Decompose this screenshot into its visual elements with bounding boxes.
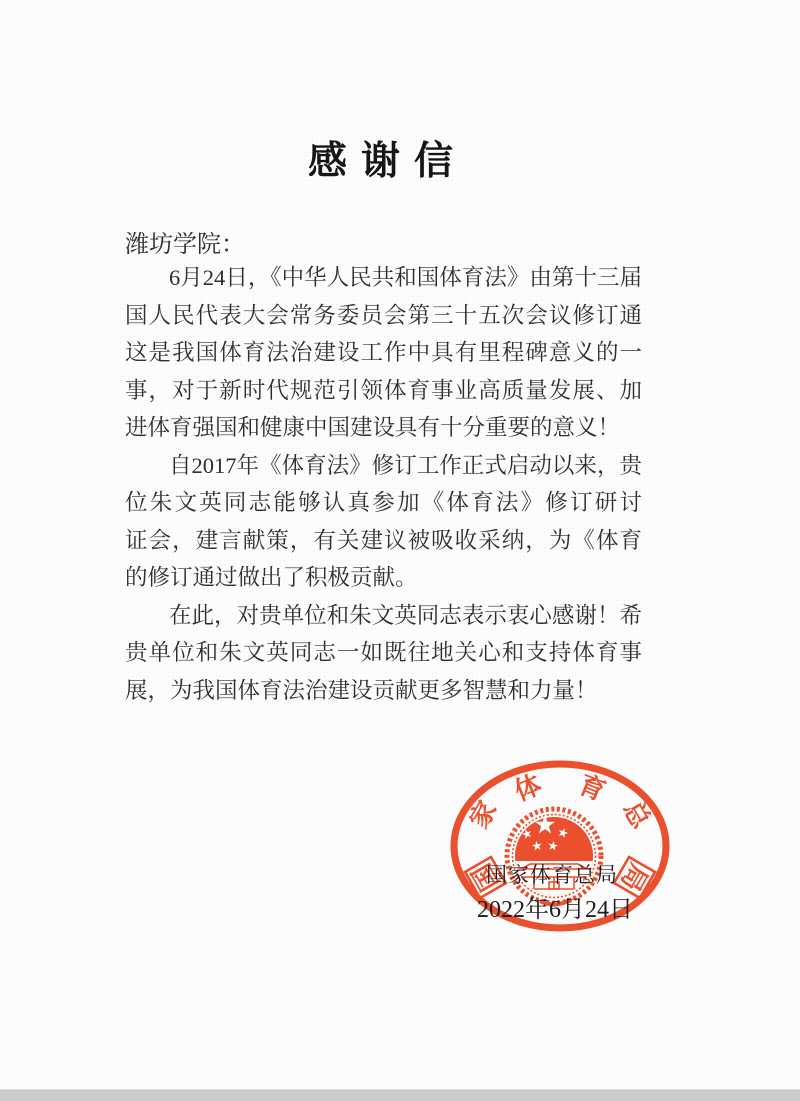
letter-line: 贵单位和朱文英同志一如既往地关心和支持体育事业发: [125, 634, 642, 672]
salutation: 潍坊学院：: [125, 224, 245, 259]
letter-line: 进体育强国和健康中国建设具有十分重要的意义！: [125, 409, 642, 447]
letter-line: 证会，建言献策，有关建议被吸收采纳，为《体育法》: [125, 522, 642, 560]
letter-title: 感谢信: [308, 130, 467, 186]
letter-line: 这是我国体育法治建设工作中具有里程碑意义的一件大: [125, 334, 642, 372]
letter-line: 的修订通过做出了积极贡献。: [125, 559, 642, 597]
signature-org: 国家体育总局: [486, 859, 618, 889]
letter-line: 事，对于新时代规范引领体育事业高质量发展、加快推: [125, 372, 642, 410]
letter-line: 展，为我国体育法治建设贡献更多智慧和力量！: [125, 672, 642, 710]
letter-line: 位朱文英同志能够认真参加《体育法》修订研讨会、论: [125, 484, 642, 522]
letter-line: 国人民代表大会常务委员会第三十五次会议修订通过。: [125, 297, 642, 335]
scan-edge-bar: [0, 1089, 800, 1101]
letter-line: 在此，对贵单位和朱文英同志表示衷心感谢！希望: [125, 597, 642, 635]
signature-date: 2022年6月24日: [477, 889, 633, 924]
seal-char: 体: [510, 770, 545, 808]
letter-page: 感谢信 潍坊学院： 6月24日，《中华人民共和国体育法》由第十三届全 国人民代表…: [0, 0, 800, 1101]
letter-line: 6月24日，《中华人民共和国体育法》由第十三届全: [125, 259, 642, 297]
letter-line: 自2017年《体育法》修订工作正式启动以来，贵单: [125, 447, 642, 485]
letter-body: 6月24日，《中华人民共和国体育法》由第十三届全 国人民代表大会常务委员会第三十…: [125, 259, 642, 709]
